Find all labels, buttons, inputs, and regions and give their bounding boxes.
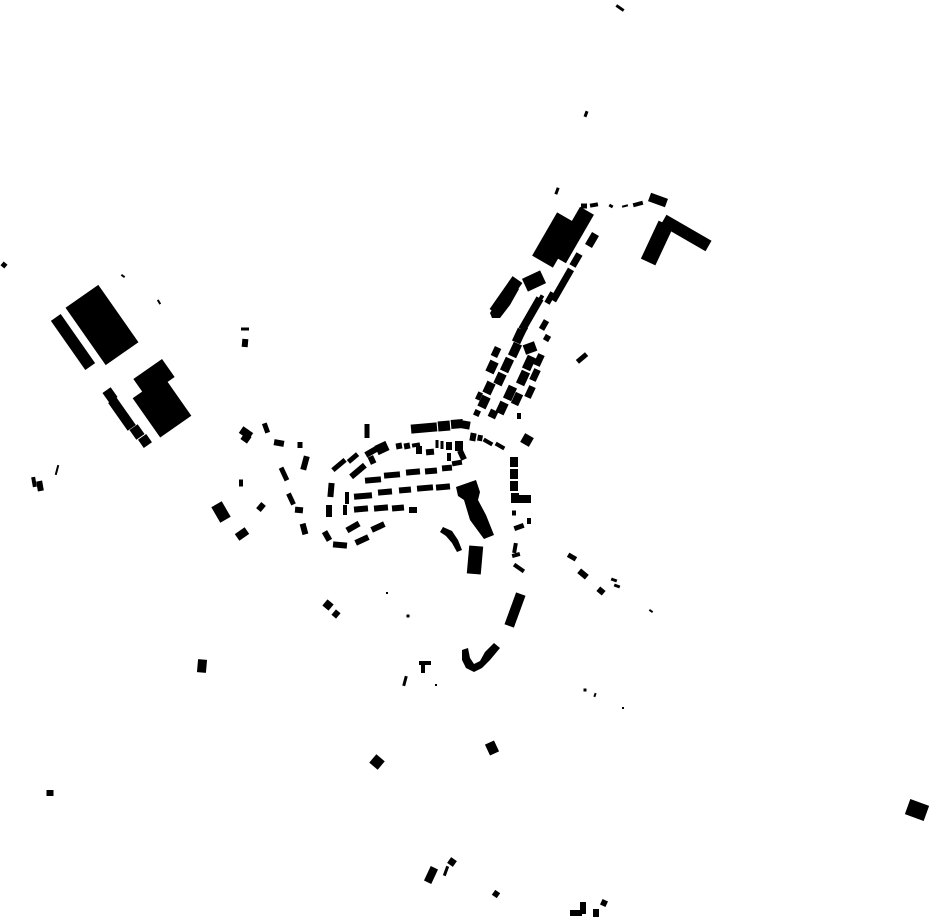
building-footprint [511, 495, 531, 503]
building-footprint [461, 420, 470, 429]
building-footprint [622, 707, 624, 709]
building-footprint [343, 505, 347, 515]
building-footprint [241, 328, 249, 331]
building-footprint [327, 483, 334, 497]
building-footprint [326, 505, 332, 517]
building-footprint [407, 615, 410, 618]
figure-ground-map [0, 0, 930, 924]
building-footprint [396, 443, 403, 450]
building-footprint [593, 909, 599, 917]
map-background [0, 0, 930, 924]
building-footprint [517, 413, 521, 419]
building-footprint [404, 443, 411, 450]
building-footprint [295, 507, 303, 514]
building-footprint [477, 435, 483, 442]
building-footprint [399, 486, 411, 493]
building-footprint [239, 480, 243, 487]
building-footprint [510, 469, 518, 479]
building-footprint [584, 689, 587, 692]
building-footprint [467, 545, 483, 574]
building-footprint [438, 420, 451, 431]
building-footprint [426, 449, 434, 456]
building-footprint [435, 684, 437, 686]
building-footprint [409, 507, 417, 513]
building-footprint [345, 492, 349, 504]
building-footprint [354, 505, 368, 512]
building-footprint [527, 518, 531, 524]
building-footprint [510, 481, 518, 491]
building-footprint [378, 488, 392, 495]
building-footprint [436, 440, 439, 448]
building-footprint [416, 446, 422, 454]
building-footprints-layer [0, 0, 930, 924]
building-footprint [510, 457, 518, 467]
building-footprint [47, 790, 54, 796]
building-footprint [442, 465, 452, 472]
building-footprint [365, 424, 370, 438]
building-footprint [447, 453, 451, 461]
building-footprint [392, 504, 404, 511]
building-footprint [406, 468, 420, 475]
building-footprint [581, 204, 587, 209]
building-footprint [451, 419, 464, 429]
building-footprint [436, 483, 450, 490]
building-footprint [421, 663, 425, 673]
building-footprint [374, 504, 388, 511]
building-footprint [512, 511, 516, 516]
building-footprint [333, 541, 347, 548]
building-footprint [242, 339, 249, 347]
building-footprint [386, 592, 388, 594]
building-footprint [455, 441, 463, 451]
building-footprint [425, 467, 437, 474]
building-footprint [446, 442, 452, 450]
building-footprint [298, 442, 303, 448]
building-footprint [580, 902, 586, 914]
building-footprint [197, 659, 207, 673]
building-footprint [441, 441, 444, 449]
